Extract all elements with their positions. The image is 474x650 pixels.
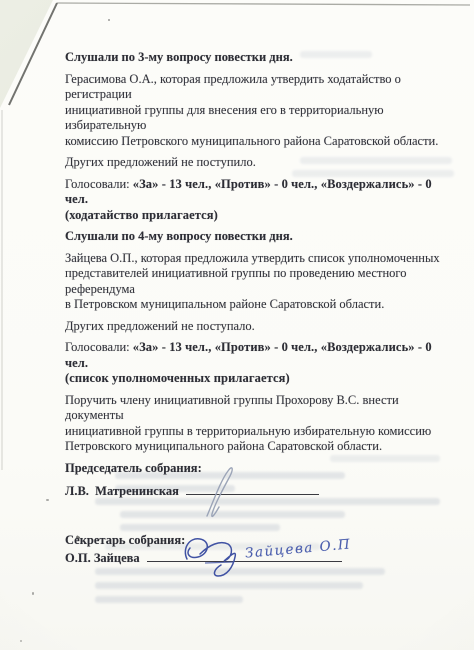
secretary-name: О.П. Зайцева [65,551,140,565]
vote-note: (ходатайство прилагается) [65,208,218,222]
section3-vote-result: Голосовали: «За» - 13 чел., «Против» - 0… [65,177,440,224]
section4-paragraph: Зайцева О.П., которая предложила утверди… [65,251,440,313]
section4-heading: Слушали по 4-му вопросу повестки дня. [65,229,440,245]
vote-label: Голосовали: [65,340,133,354]
section3-no-proposals: Других предложений не поступило. [65,155,440,171]
section3-heading: Слушали по 3-му вопросу повестки дня. [65,50,440,66]
document-body: Слушали по 3-му вопросу повестки дня. Ге… [0,0,474,575]
vote-label: Голосовали: [65,177,133,191]
section4-no-proposals: Других предложений не поступало. [65,319,440,335]
section4-vote-result: Голосовали: «За» - 13 чел., «Против» - 0… [65,340,440,387]
secretary-signature-block: Секретарь собрания: О.П. Зайцева Зайцева… [65,533,440,575]
scanned-document: Слушали по 3-му вопросу повестки дня. Ге… [0,0,474,650]
chairman-name: Л.В. Матренинская [65,484,179,498]
section4-assignment: Поручить члену инициативной группы Прохо… [65,393,440,455]
chairman-label: Председатель собрания: [65,461,440,477]
vote-note: (список уполномоченных прилагается) [65,371,290,385]
section3-paragraph: Герасимова О.А., которая предложила утве… [65,72,440,150]
signature-line [186,482,319,495]
secretary-signature-row: О.П. Зайцева Зайцева О.П [65,549,440,575]
chairman-signature-row: Л.В. Матренинская [65,482,440,506]
